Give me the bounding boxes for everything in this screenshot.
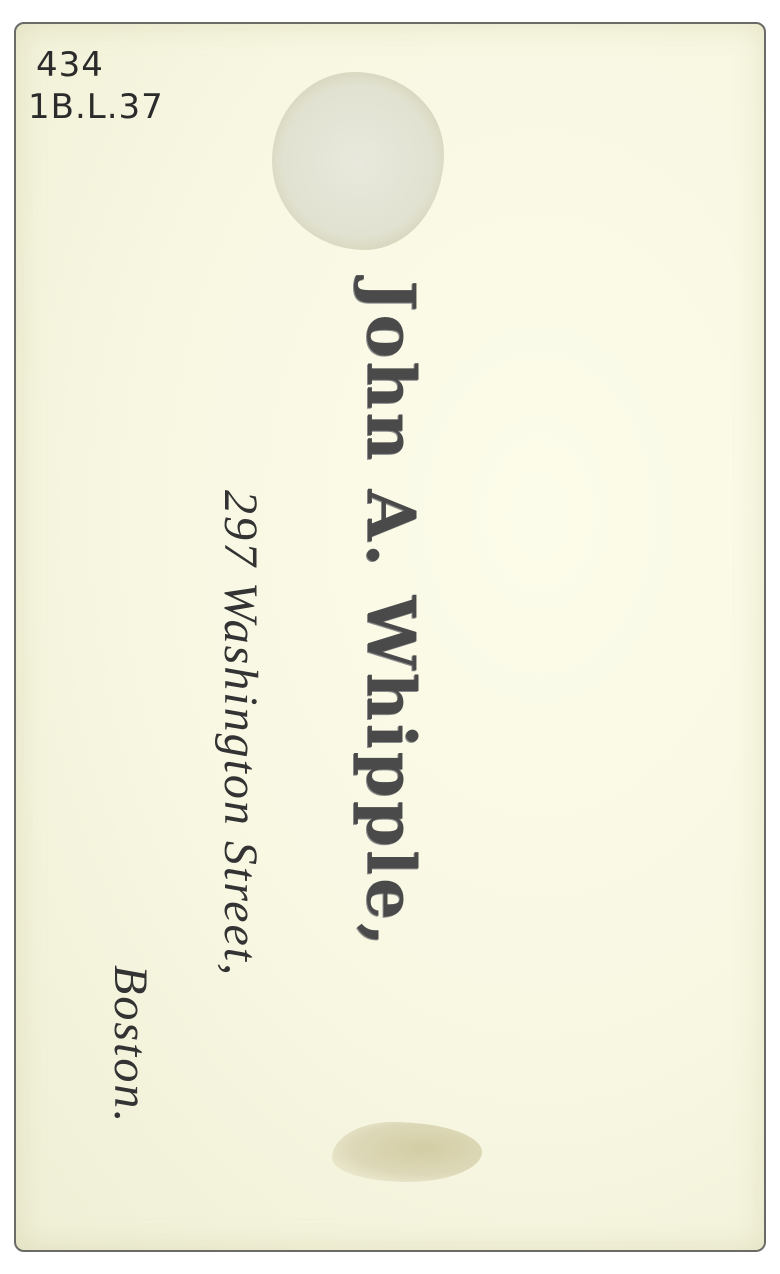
pencil-note-number: 434 — [36, 48, 104, 82]
photographer-name: John A. Whipple, — [352, 280, 430, 949]
paper-stain-round — [272, 72, 444, 250]
studio-city: Boston. — [103, 965, 158, 1124]
studio-address: 297 Washington Street, — [213, 490, 268, 977]
pencil-note-reference: 1B.L.37 — [28, 90, 164, 124]
